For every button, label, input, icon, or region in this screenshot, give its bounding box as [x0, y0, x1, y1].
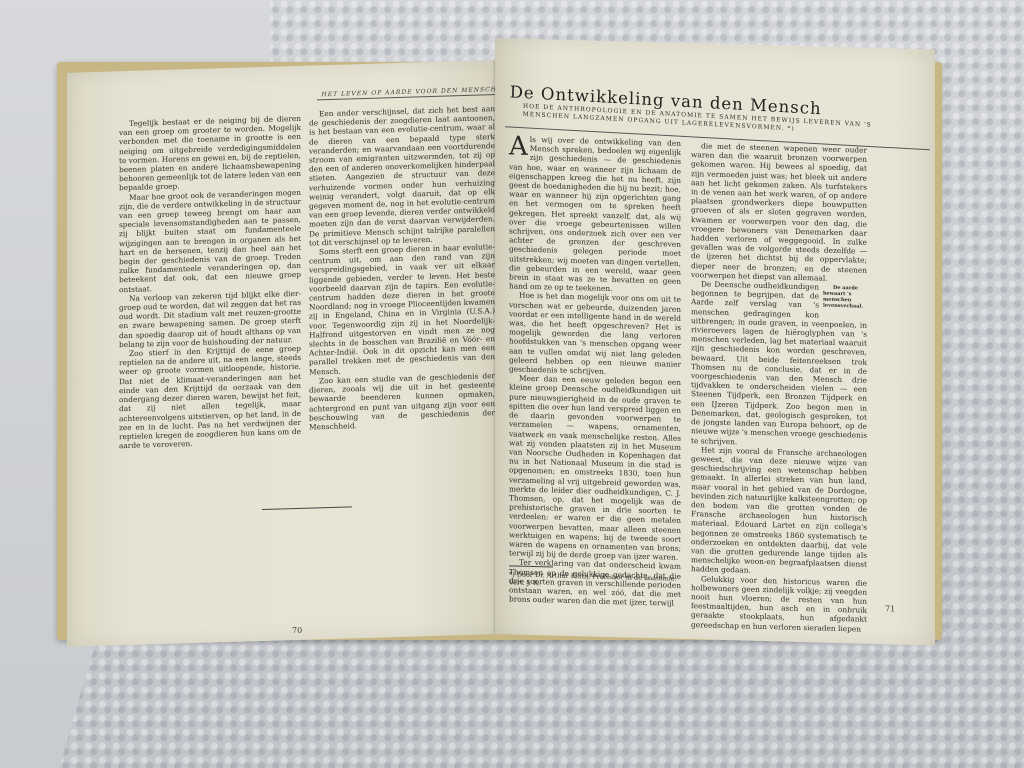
section-end-rule	[262, 506, 352, 510]
drop-cap: A	[509, 135, 528, 157]
paragraph: Maar hoe groot ook de veranderingen moge…	[119, 188, 301, 295]
paragraph: Tegelijk bestaat er de neiging bij de di…	[119, 114, 301, 193]
paragraph: Zoo stierf in den Krijttijd de eene groe…	[119, 344, 301, 451]
paragraph: Gelukkig voor den historicus waren die h…	[691, 574, 867, 634]
paragraph: ls wij over de ontwikkeling van den Mens…	[509, 135, 681, 293]
right-column-1: Als wij over de ontwikkeling van den Men…	[509, 134, 681, 608]
paragraph: Zoo kan een studie van de geschiedenis d…	[309, 371, 495, 432]
paragraph: Een ander verschijnsel, dat zich het bes…	[309, 104, 495, 248]
paragraph: Na verloop van zekeren tijd blijkt elke …	[119, 289, 301, 350]
page-number-left: 70	[292, 626, 302, 635]
paragraph: Hoe is het dan mogelijk voor ons om uit …	[509, 291, 681, 378]
left-page: Het leven op aarde voor den Mensch Tegel…	[67, 60, 499, 647]
paragraph: die met de steenen wapenen weer ouder wa…	[691, 141, 867, 284]
running-head: Het leven op aarde voor den Mensch	[317, 86, 497, 100]
margin-sidenote: De aarde bewaart 's menschen levensverha…	[823, 285, 867, 310]
left-column-1: Tegelijk bestaat er de neiging bij de di…	[119, 114, 301, 451]
page-number-right: 71	[885, 604, 895, 613]
right-column-2: die met de steenen wapenen weer ouder wa…	[691, 141, 867, 633]
paragraph: Soms sterft een groep dieren in haar evo…	[309, 242, 495, 376]
paragraph: Meer dan een eeuw geleden begon een klei…	[509, 374, 681, 563]
right-page: De Ontwikkeling van den Mensch Hoe de an…	[495, 38, 935, 646]
paragraph: Het zijn vooral de Fransche archaeologen…	[691, 445, 867, 578]
open-book: Het leven op aarde voor den Mensch Tegel…	[57, 38, 942, 640]
left-column-2: Een ander verschijnsel, dat zich het bes…	[309, 104, 495, 432]
